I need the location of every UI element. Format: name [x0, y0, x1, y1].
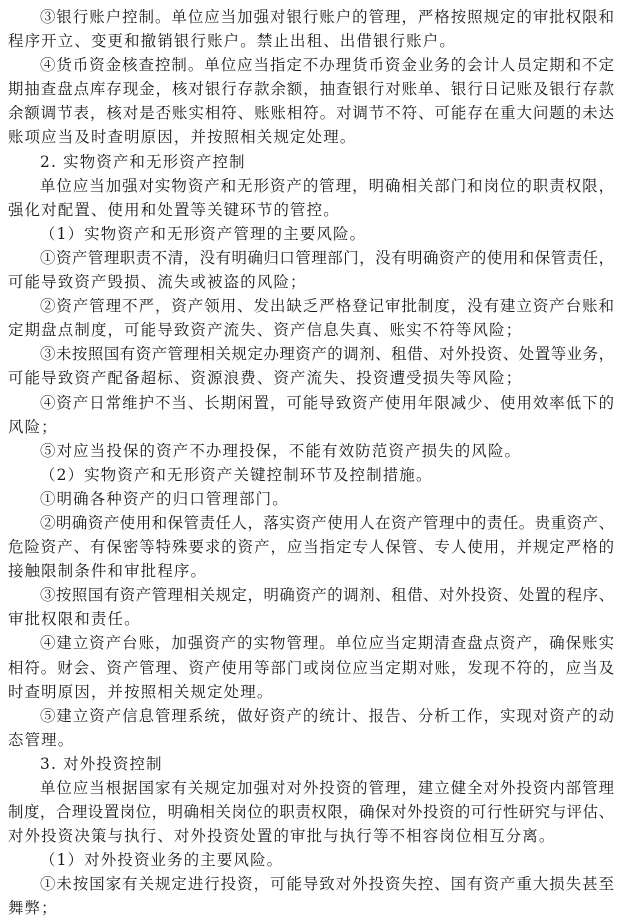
text-line: （2）实物资产和无形资产关键控制环节及控制措施。	[8, 463, 614, 487]
text-line: ③银行账户控制。单位应当加强对银行账户的管理，严格按照规定的审批权限和	[8, 5, 614, 29]
text-line: 3. 对外投资控制	[8, 752, 614, 776]
text-line: 接触限制条件和审批程序。	[8, 559, 614, 583]
text-line: （1）对外投资业务的主要风险。	[8, 848, 614, 872]
text-line: 2. 实物资产和无形资产控制	[8, 150, 614, 174]
text-line: 审批权限和责任。	[8, 607, 614, 631]
text-line: ①明确各种资产的归口管理部门。	[8, 487, 614, 511]
text-line: 相符。财会、资产管理、资产使用等部门或岗位应当定期对账，发现不符的，应当及	[8, 656, 614, 680]
text-line: ①未按国家有关规定进行投资，可能导致对外投资失控、国有资产重大损失甚至	[8, 872, 614, 896]
text-line: ⑤建立资产信息管理系统，做好资产的统计、报告、分析工作，实现对资产的动	[8, 704, 614, 728]
text-line: 舞弊；	[8, 896, 614, 920]
text-line: 程序开立、变更和撤销银行账户。禁止出租、出借银行账户。	[8, 29, 614, 53]
text-line: 态管理。	[8, 728, 614, 752]
document-page: ③银行账户控制。单位应当加强对银行账户的管理，严格按照规定的审批权限和程序开立、…	[8, 5, 614, 921]
text-line: ④资产日常维护不当、长期闲置，可能导致资产使用年限减少、使用效率低下的	[8, 391, 614, 415]
text-line: 期抽查盘点库存现金，核对银行存款余额，抽查银行对账单、银行日记账及银行存款	[8, 77, 614, 101]
text-line: ③按照国有资产管理相关规定，明确资产的调剂、租借、对外投资、处置的程序、	[8, 583, 614, 607]
text-line: ④货币资金核查控制。单位应当指定不办理货币资金业务的会计人员定期和不定	[8, 53, 614, 77]
text-line: 定期盘点制度，可能导致资产流失、资产信息失真、账实不符等风险；	[8, 318, 614, 342]
text-line: ②明确资产使用和保管责任人，落实资产使用人在资产管理中的责任。贵重资产、	[8, 511, 614, 535]
text-line: 风险；	[8, 415, 614, 439]
text-line: 可能导致资产配备超标、资源浪费、资产流失、投资遭受损失等风险；	[8, 366, 614, 390]
text-line: ⑤对应当投保的资产不办理投保，不能有效防范资产损失的风险。	[8, 439, 614, 463]
text-line: 时查明原因，并按照相关规定处理。	[8, 680, 614, 704]
text-line: ②资产管理不严，资产领用、发出缺乏严格登记审批制度，没有建立资产台账和	[8, 294, 614, 318]
text-line: 余额调节表，核对是否账实相符、账账相符。对调节不符、可能存在重大问题的未达	[8, 101, 614, 125]
text-line: ④建立资产台账，加强资产的实物管理。单位应当定期清查盘点资产，确保账实	[8, 631, 614, 655]
text-line: 单位应当根据国家有关规定加强对对外投资的管理，建立健全对外投资内部管理	[8, 776, 614, 800]
text-line: 可能导致资产毁损、流失或被盗的风险；	[8, 270, 614, 294]
text-line: （1）实物资产和无形资产管理的主要风险。	[8, 222, 614, 246]
text-line: 账项应当及时查明原因，并按照相关规定处理。	[8, 125, 614, 149]
text-line: 单位应当加强对实物资产和无形资产的管理，明确相关部门和岗位的职责权限，	[8, 174, 614, 198]
text-line: 制度，合理设置岗位，明确相关岗位的职责权限，确保对外投资的可行性研究与评估、	[8, 800, 614, 824]
text-line: 强化对配置、使用和处置等关键环节的管控。	[8, 198, 614, 222]
text-line: 危险资产、有保密等特殊要求的资产，应当指定专人保管、专人使用，并规定严格的	[8, 535, 614, 559]
text-line: ③未按照国有资产管理相关规定办理资产的调剂、租借、对外投资、处置等业务，	[8, 342, 614, 366]
text-line: 对外投资决策与执行、对外投资处置的审批与执行等不相容岗位相互分离。	[8, 824, 614, 848]
text-line: ①资产管理职责不清，没有明确归口管理部门，没有明确资产的使用和保管责任，	[8, 246, 614, 270]
